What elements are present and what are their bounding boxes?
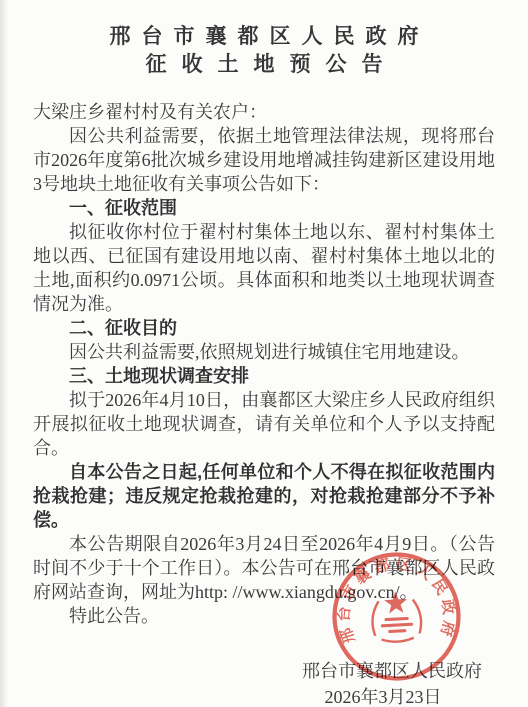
signature-block: 邢台市襄都区人民政府 2026年3月23日 (0, 658, 528, 707)
scan-edge-artifact (0, 0, 8, 707)
title-line-1: 邢台市襄都区人民政府 (0, 22, 528, 50)
paragraph-survey: 拟于2026年4月10日，由襄都区大梁庄乡人民政府组织开展拟征收土地现状调查，请… (33, 388, 495, 460)
signature-date: 2026年3月23日 (325, 687, 460, 707)
signature-issuer: 邢台市襄都区人民政府 2026年3月23日 (302, 658, 482, 707)
notice-page: 邢台市襄都区人民政府 征收土地预公告 大梁庄乡翟村村及有关农户： 因公共利益需要… (0, 0, 528, 707)
paragraph-intro: 因公共利益需要，依据土地管理法律法规，现将邢台市2026年度第6批次城乡建设用地… (33, 124, 495, 196)
signature-issuer-text: 邢台市襄都区人民政府 (302, 661, 482, 681)
paragraph-scope: 拟征收你村位于翟村村集体土地以东、翟村村集体土地以西、已征国有建设用地以南、翟村… (33, 220, 495, 316)
paragraph-closing: 特此公告。 (33, 604, 495, 628)
section-heading-survey: 三、土地现状调查安排 (33, 364, 495, 388)
section-heading-purpose: 二、征收目的 (33, 316, 495, 340)
salutation: 大梁庄乡翟村村及有关农户： (33, 100, 495, 124)
paragraph-period: 本公告期限自2026年3月24日至2026年4月9日。（公告时间不少于十个工作日… (33, 532, 495, 604)
paragraph-purpose: 因公共利益需要,依照规划进行城镇住宅用地建设。 (33, 340, 495, 364)
section-heading-scope: 一、征收范围 (33, 196, 495, 220)
document-body: 大梁庄乡翟村村及有关农户： 因公共利益需要，依据土地管理法律法规，现将邢台市20… (33, 100, 495, 628)
document-title: 邢台市襄都区人民政府 征收土地预公告 (0, 0, 528, 78)
title-line-2: 征收土地预公告 (0, 50, 528, 78)
paragraph-warning: 自本公告之日起,任何单位和个人不得在拟征收范围内抢栽抢建；违反规定抢栽抢建的，对… (33, 460, 495, 532)
